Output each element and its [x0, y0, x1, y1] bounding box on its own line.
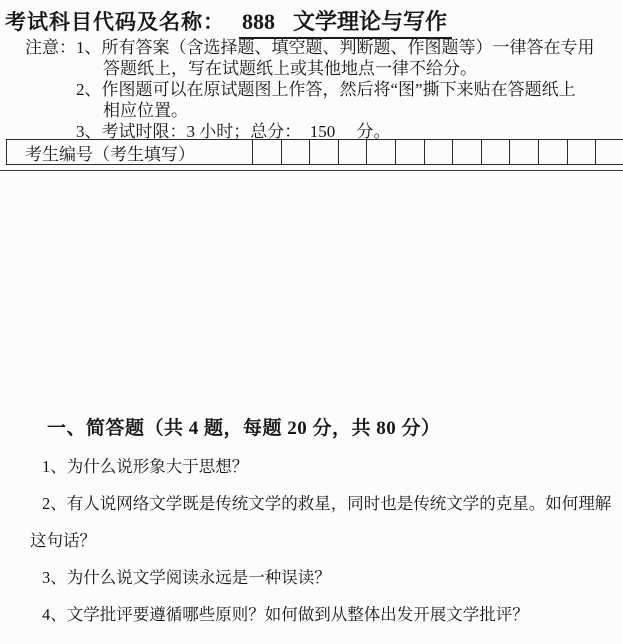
candidate-id-cell[interactable] [252, 140, 281, 164]
subject-code-title-label: 考试科目代码及名称： [5, 10, 225, 34]
notice-item-1-line-1: 1、所有答案（含选择题、填空题、判断题、作图题等）一律答在专用 [76, 37, 619, 58]
question-4-number: 4、 [42, 605, 67, 624]
notice-label: 注意： [25, 37, 76, 142]
candidate-id-cell[interactable] [366, 140, 395, 164]
question-1-text: 为什么说形象大于思想？ [67, 457, 249, 476]
section-heading: 一、简答题（共 4 题，每题 20 分，共 80 分） [47, 413, 441, 440]
question-2-text: 有人说网络文学既是传统文学的救星，同时也是传统文学的克星。如何理解这句话？ [30, 494, 611, 550]
candidate-id-cell[interactable] [309, 140, 338, 164]
candidate-id-label: 考生编号（考生填写） [7, 140, 252, 164]
notice-item-1-line-2: 答题纸上，写在试题纸上或其他地点一律不给分。 [76, 58, 619, 79]
candidate-id-table: 考生编号（考生填写） [6, 139, 623, 165]
subject-code-and-name: 888文学理论与写作 [239, 5, 452, 39]
exam-paper-page: 考试科目代码及名称：888文学理论与写作 注意： 1、所有答案（含选择题、填空题… [0, 0, 623, 644]
notice-block: 注意： 1、所有答案（含选择题、填空题、判断题、作图题等）一律答在专用 答题纸上… [25, 37, 619, 142]
question-3-number: 3、 [42, 568, 67, 587]
subject-name: 文学理论与写作 [293, 9, 447, 34]
question-1-number: 1、 [42, 457, 67, 476]
subject-code: 888 [242, 9, 275, 34]
candidate-id-cell[interactable] [338, 140, 367, 164]
candidate-id-cell[interactable] [424, 140, 453, 164]
candidate-id-cell[interactable] [281, 140, 310, 164]
question-item-4: 4、文学批评要遵循哪些原则？如何做到从整体出发开展文学批评？ [30, 596, 623, 633]
candidate-id-cells [252, 140, 623, 164]
candidate-id-cell[interactable] [509, 140, 538, 164]
candidate-id-cell[interactable] [567, 140, 596, 164]
candidate-id-cell[interactable] [395, 140, 424, 164]
question-2-number: 2、 [42, 494, 67, 513]
candidate-id-cell[interactable] [538, 140, 567, 164]
header-divider-line [0, 170, 623, 171]
question-item-3: 3、为什么说文学阅读永远是一种误读？ [30, 559, 623, 596]
notice-item-2-line-1: 2、作图题可以在原试题图上作答，然后将“图”撕下来贴在答题纸上 [76, 79, 619, 100]
notice-item-2-line-2: 相应位置。 [76, 100, 619, 121]
question-list: 1、为什么说形象大于思想？ 2、有人说网络文学既是传统文学的救星，同时也是传统文… [30, 448, 623, 633]
candidate-id-cell[interactable] [452, 140, 481, 164]
candidate-id-cell[interactable] [595, 140, 623, 164]
candidate-id-cell[interactable] [481, 140, 510, 164]
question-item-1: 1、为什么说形象大于思想？ [30, 448, 623, 485]
exam-header: 考试科目代码及名称：888文学理论与写作 [5, 5, 452, 39]
question-3-text: 为什么说文学阅读永远是一种误读？ [67, 568, 331, 587]
question-item-2: 2、有人说网络文学既是传统文学的救星，同时也是传统文学的克星。如何理解这句话？ [30, 485, 623, 559]
question-4-text: 文学批评要遵循哪些原则？如何做到从整体出发开展文学批评？ [67, 605, 529, 624]
notice-lines: 1、所有答案（含选择题、填空题、判断题、作图题等）一律答在专用 答题纸上，写在试… [76, 37, 619, 142]
